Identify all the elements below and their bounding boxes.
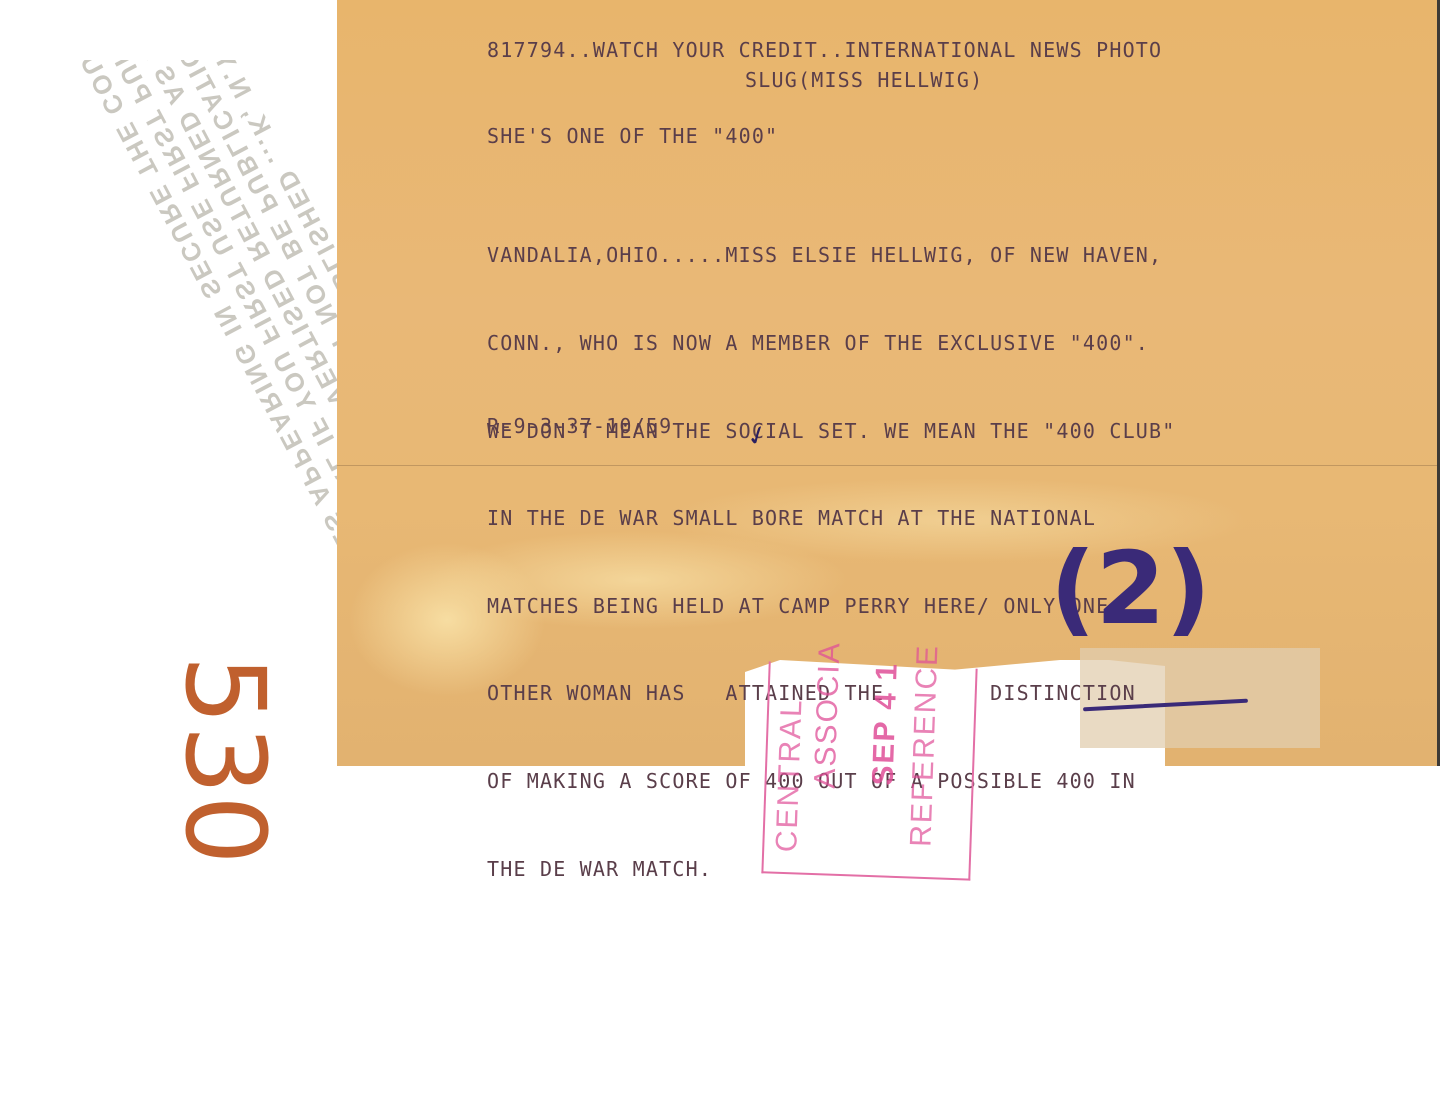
caption-headline: SHE'S ONE OF THE "400" xyxy=(487,122,778,151)
stamp-line-reference: REFERENCE xyxy=(904,666,944,847)
blue-pencil-mark: (2) xyxy=(1050,530,1211,647)
caption-line: VANDALIA,OHIO.....MISS ELSIE HELLWIG, OF… xyxy=(487,241,1176,270)
caption-line: CONN., WHO IS NOW A MEMBER OF THE EXCLUS… xyxy=(487,329,1176,358)
caption-slug: SLUG(MISS HELLWIG) xyxy=(745,66,983,95)
red-pencil-number: 530 xyxy=(95,685,355,835)
archive-stamp: CENTRAL ASSOCIA SEP 4 1 REFERENCE xyxy=(761,661,977,880)
stamp-line-central: CENTRAL xyxy=(770,662,811,853)
reverse-stamp-bleedthrough: ...STED AND MUST BE PUBLISHED ...K, N.Y.… xyxy=(60,60,380,700)
stamp-line-association: ASSOCIA xyxy=(808,663,846,789)
caption-header: 817794..WATCH YOUR CREDIT..INTERNATIONAL… xyxy=(487,36,1162,65)
stamp-date: SEP 4 1 xyxy=(867,665,905,786)
reference-code: R-9-3-37-10/59 xyxy=(487,412,672,441)
